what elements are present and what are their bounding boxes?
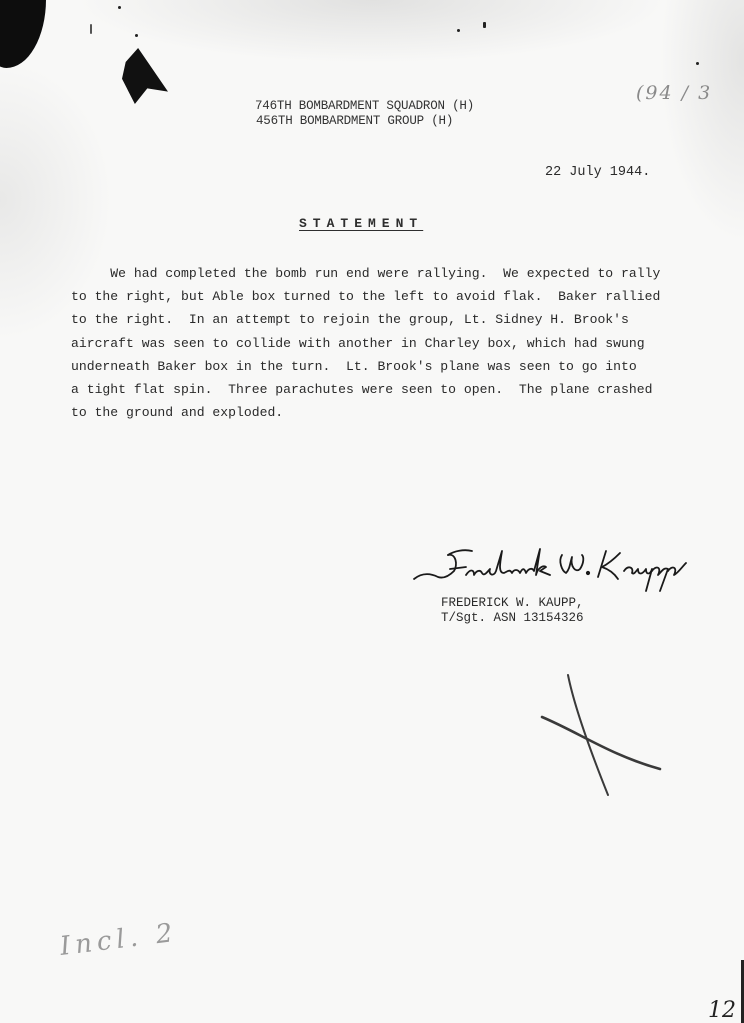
- handwritten-reference-number: (94 / 3: [636, 82, 712, 104]
- body-line: a tight flat spin. Three parachutes were…: [71, 378, 691, 401]
- body-line: underneath Baker box in the turn. Lt. Br…: [71, 355, 691, 378]
- squadron-name: 746TH BOMBARDMENT SQUADRON (H): [255, 99, 474, 114]
- ink-speck: [118, 6, 121, 9]
- ink-blot-punch-hole: [122, 48, 168, 104]
- body-line: aircraft was seen to collide with anothe…: [71, 332, 691, 355]
- ink-blot-corner: [0, 0, 46, 68]
- ink-speck: [457, 29, 460, 32]
- page-number: 12: [708, 998, 736, 1023]
- ink-speck: [483, 22, 486, 28]
- body-line: to the right. In an attempt to rejoin th…: [71, 308, 691, 331]
- body-line: We had completed the bomb run end were r…: [71, 262, 691, 285]
- body-line: to the right, but Able box turned to the…: [71, 285, 691, 308]
- handwritten-enclosure-note: Incl. 2: [58, 918, 179, 962]
- group-name: 456TH BOMBARDMENT GROUP (H): [255, 114, 474, 129]
- ink-speck: [696, 62, 699, 65]
- signatory-block: FREDERICK W. KAUPP, T/Sgt. ASN 13154326: [441, 596, 584, 626]
- body-line: to the ground and exploded.: [71, 401, 691, 424]
- handwritten-cross-mark: [530, 665, 670, 810]
- signatory-name: FREDERICK W. KAUPP,: [441, 596, 584, 611]
- ink-speck: [90, 24, 92, 34]
- ink-speck: [135, 34, 138, 37]
- document-title: STATEMENT: [299, 216, 423, 231]
- document-page: 746TH BOMBARDMENT SQUADRON (H) 456TH BOM…: [0, 0, 744, 1023]
- document-date: 22 July 1944.: [545, 165, 650, 180]
- handwritten-signature: [410, 545, 690, 595]
- letterhead: 746TH BOMBARDMENT SQUADRON (H) 456TH BOM…: [255, 99, 474, 129]
- signatory-rank-asn: T/Sgt. ASN 13154326: [441, 611, 584, 626]
- statement-body: We had completed the bomb run end were r…: [71, 262, 691, 424]
